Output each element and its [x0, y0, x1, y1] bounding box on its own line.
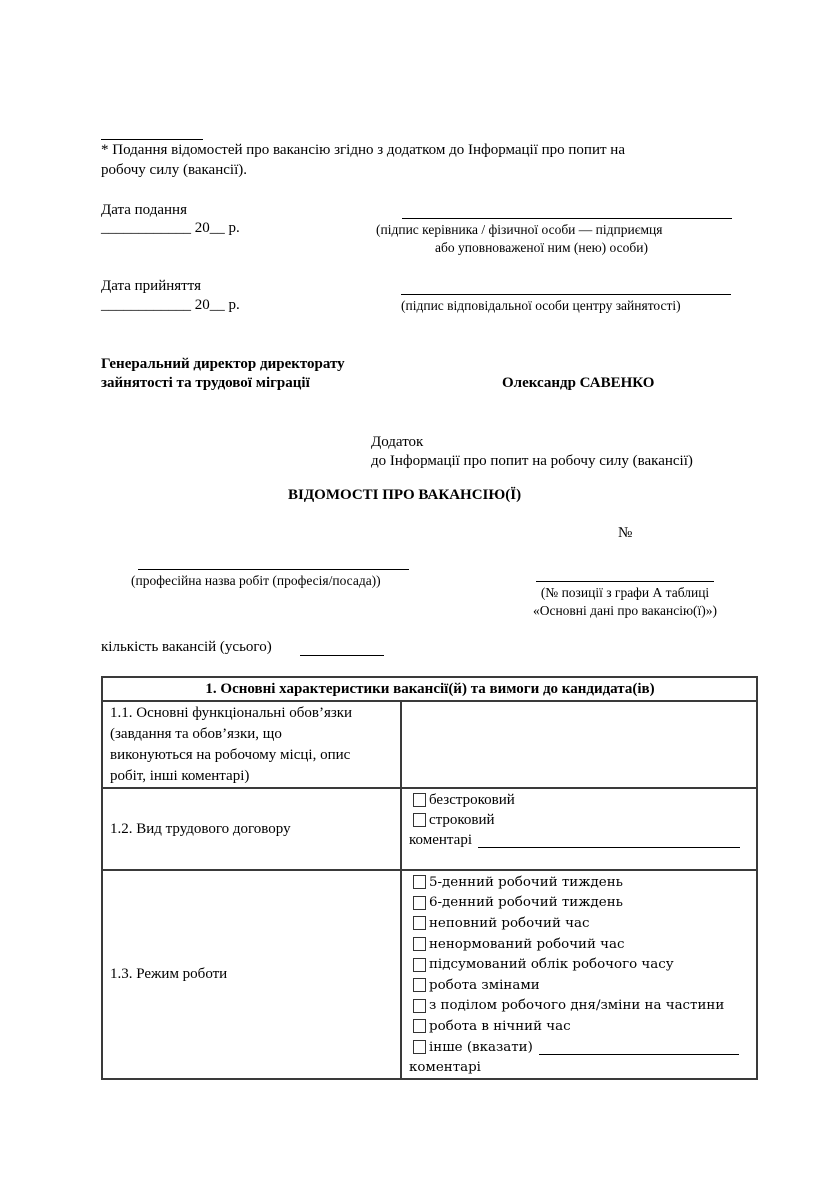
profession-caption: (професійна назва робіт (професія/посада… [131, 571, 381, 590]
checkbox[interactable] [413, 896, 426, 910]
other-specify-field[interactable] [539, 1040, 739, 1055]
option-permanent[interactable]: безстроковий [409, 790, 750, 810]
footnote-line-1: * Подання відомостей про вакансію згідно… [101, 141, 625, 160]
acceptance-date-label: Дата прийняття [101, 277, 201, 296]
submission-date-label: Дата подання [101, 201, 187, 220]
appendix-label: Додаток [371, 433, 423, 452]
checkbox[interactable] [413, 1040, 426, 1054]
schedule-comment[interactable]: коментарі [409, 1057, 750, 1078]
checkbox[interactable] [413, 999, 426, 1013]
duties-input-cell[interactable] [401, 701, 757, 788]
contract-comment: коментарі [409, 830, 750, 850]
table-header: 1. Основні характеристики вакансії(й) та… [102, 677, 757, 701]
checkbox[interactable] [413, 978, 426, 992]
submission-signature-caption-2: або уповноваженої ним (нею) особи) [435, 238, 648, 257]
appendix-reference: до Інформації про попит на робочу силу (… [371, 452, 693, 471]
signatory-name: Олександр САВЕНКО [502, 374, 654, 393]
contract-type-cell: безстроковий строковий коментарі [401, 788, 757, 870]
vacancy-count-field-line[interactable] [300, 655, 384, 656]
option-part-time[interactable]: неповний робочий час [409, 913, 750, 934]
option-5-day-week[interactable]: 5-денний робочий тиждень [409, 872, 750, 893]
table-row: 1.2. Вид трудового договору безстроковий… [102, 788, 757, 870]
contract-comment-field[interactable] [478, 833, 740, 848]
option-other[interactable]: інше (вказати) [409, 1037, 750, 1058]
submission-signature-caption-1: (підпис керівника / фізичної особи — під… [376, 220, 662, 239]
option-shift-work[interactable]: робота змінами [409, 975, 750, 996]
signatory-position-1: Генеральний директор директорату [101, 355, 345, 374]
row-1-1-label: 1.1. Основні функціональні обов’язки (за… [102, 701, 401, 788]
checkbox[interactable] [413, 958, 426, 972]
acceptance-date-field[interactable]: ____________ 20__ р. [101, 296, 240, 315]
table-row: 1.3. Режим роботи 5-денний робочий тижде… [102, 870, 757, 1079]
checkbox[interactable] [413, 937, 426, 951]
footnote-separator [101, 139, 203, 140]
option-6-day-week[interactable]: 6-денний робочий тиждень [409, 893, 750, 914]
option-summarized-accounting[interactable]: підсумований облік робочого часу [409, 954, 750, 975]
table-row: 1.1. Основні функціональні обов’язки (за… [102, 701, 757, 788]
submission-date-field[interactable]: ____________ 20__ р. [101, 219, 240, 238]
vacancy-count-label: кількість вакансій (усього) [101, 638, 272, 657]
position-number-field-line[interactable] [536, 581, 714, 582]
position-caption-1: (№ позиції з графи А таблиці [520, 583, 730, 602]
work-schedule-cell: 5-денний робочий тиждень 6-денний робочи… [401, 870, 757, 1079]
option-fixed-term[interactable]: строковий [409, 810, 750, 830]
number-sign: № [618, 524, 632, 543]
checkbox[interactable] [413, 793, 426, 807]
submission-signature-line[interactable] [402, 218, 732, 219]
row-1-2-label: 1.2. Вид трудового договору [102, 788, 401, 870]
checkbox[interactable] [413, 875, 426, 889]
profession-field-line[interactable] [138, 569, 409, 570]
option-irregular-hours[interactable]: ненормований робочий час [409, 934, 750, 955]
acceptance-signature-line[interactable] [401, 294, 731, 295]
vacancy-characteristics-table: 1. Основні характеристики вакансії(й) та… [101, 676, 758, 1080]
checkbox[interactable] [413, 1019, 426, 1033]
acceptance-signature-caption: (підпис відповідальної особи центру зайн… [401, 296, 681, 315]
position-caption-2: «Основні дані про вакансію(ї)») [515, 601, 735, 620]
signatory-position-2: зайнятості та трудової міграції [101, 374, 310, 393]
row-1-3-label: 1.3. Режим роботи [102, 870, 401, 1079]
checkbox[interactable] [413, 813, 426, 827]
option-split-shift[interactable]: з поділом робочого дня/зміни на частини [409, 996, 750, 1017]
footnote-line-2: робочу силу (вакансії). [101, 161, 247, 180]
checkbox[interactable] [413, 916, 426, 930]
option-night-work[interactable]: робота в нічний час [409, 1016, 750, 1037]
form-title: ВІДОМОСТІ ПРО ВАКАНСІЮ(Ї) [288, 486, 521, 505]
